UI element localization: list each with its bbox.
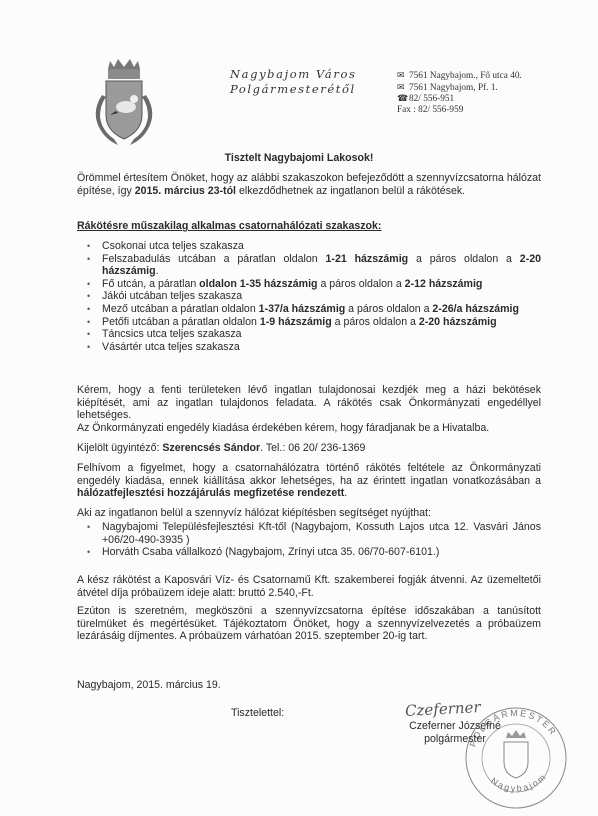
- greeting-heading: Tisztelt Nagybajomi Lakosok!: [0, 152, 598, 164]
- letterhead-office: Polgármesterétől: [230, 82, 356, 97]
- envelope-icon: ✉: [397, 82, 409, 93]
- thanks-paragraph: Ezúton is szeretném, megköszöni a szenny…: [77, 605, 541, 643]
- contact-address-1: ✉7561 Nagybajom., Fő utca 40.: [397, 70, 522, 82]
- official-stamp: POLGÁRMESTER Nagybajom: [456, 700, 576, 810]
- signer-block: Czeferner Józsefné polgármester: [405, 720, 505, 745]
- street-item: Csokonai utca teljes szakasza: [77, 240, 541, 253]
- takeover-paragraph: A kész rákötést a Kaposvári Víz- és Csat…: [77, 574, 541, 599]
- signer-title: polgármester: [405, 733, 505, 746]
- street-item: Jákói utcában teljes szakasza: [77, 290, 541, 303]
- permit-paragraph: Az Önkormányzati engedély kiadása érdeké…: [77, 422, 541, 435]
- street-item: Fő utcán, a páratlan oldalon 1-35 házszá…: [77, 278, 541, 291]
- contact-person: Kijelölt ügyintéző: Szerencsés Sándor. T…: [77, 442, 541, 455]
- coat-of-arms-icon: [88, 55, 160, 150]
- telephone-icon: ☎: [397, 93, 409, 104]
- contact-person-name: Szerencsés Sándor: [162, 442, 260, 454]
- section-title: Rákötésre műszakilag alkalmas csatornahá…: [77, 220, 381, 232]
- svg-text:Nagybajom: Nagybajom: [489, 771, 549, 794]
- attention-paragraph: Felhívom a figyelmet, hogy a csatornahál…: [77, 462, 541, 500]
- request-paragraph: Kérem, hogy a fenti területeken lévő ing…: [77, 384, 541, 422]
- helper-item: Horváth Csaba vállalkozó (Nagybajom, Zrí…: [77, 546, 541, 559]
- signer-name: Czeferner Józsefné: [405, 720, 505, 733]
- contact-block: ✉7561 Nagybajom., Fő utca 40. ✉7561 Nagy…: [397, 70, 522, 115]
- street-item: Petőfi utcában a páratlan oldalon 1-9 há…: [77, 316, 541, 329]
- date-line: Nagybajom, 2015. március 19.: [77, 679, 221, 691]
- closing: Tisztelettel:: [231, 707, 284, 719]
- contact-address-2: ✉7561 Nagybajom, Pf. 1.: [397, 82, 522, 94]
- street-item: Felszabadulás utcában a páratlan oldalon…: [77, 253, 541, 278]
- street-item: Mező utcában a páratlan oldalon 1-37/a h…: [77, 303, 541, 316]
- helper-item: Nagybajomi Településfejlesztési Kft-től …: [77, 521, 541, 546]
- letterhead: Nagybajom Város Polgármesterétől: [230, 67, 356, 97]
- helpers-intro: Aki az ingatlanon belül a szennyvíz háló…: [77, 507, 541, 520]
- intro-paragraph: Örömmel értesítem Önöket, hogy az alábbi…: [77, 172, 541, 197]
- envelope-icon: ✉: [397, 70, 409, 81]
- street-item: Vásártér utca teljes szakasza: [77, 341, 541, 354]
- street-list: Csokonai utca teljes szakaszaFelszabadul…: [77, 240, 541, 353]
- helper-list: Nagybajomi Településfejlesztési Kft-től …: [77, 521, 541, 559]
- contact-phone: ☎82/ 556-951: [397, 93, 522, 105]
- contact-fax: Fax : 82/ 556-959: [397, 105, 522, 116]
- letterhead-town: Nagybajom Város: [230, 67, 356, 82]
- street-item: Táncsics utca teljes szakasza: [77, 328, 541, 341]
